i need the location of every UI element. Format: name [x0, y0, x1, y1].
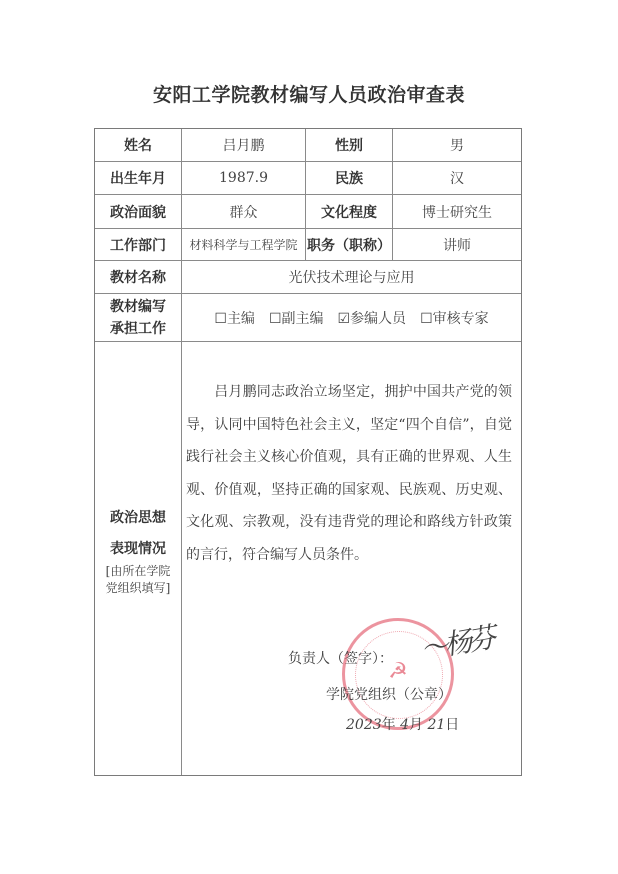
position-value: 讲师 — [393, 229, 521, 260]
political-status-value: 群众 — [182, 195, 305, 228]
review-label-note2: 党组织填写] — [106, 580, 171, 597]
gender-label: 性别 — [306, 129, 392, 161]
review-label-line2: 表现情况 — [110, 535, 166, 563]
review-label-line1: 政治思想 — [110, 501, 166, 535]
checkbox-unchecked-icon: ☐ — [214, 311, 227, 327]
review-label-note1: [由所在学院 — [106, 563, 171, 580]
gender-value: 男 — [393, 129, 521, 161]
page-title: 安阳工学院教材编写人员政治审查表 — [0, 80, 618, 107]
textbook-value: 光伏技术理论与应用 — [182, 261, 521, 293]
education-value: 博士研究生 — [393, 195, 521, 228]
date-year: 2023 — [346, 717, 382, 733]
department-value: 材料科学与工程学院 — [182, 229, 305, 260]
birth-value: 1987.9 — [182, 162, 305, 194]
education-label: 文化程度 — [306, 195, 392, 228]
role-label: 教材编写 承担工作 — [95, 294, 181, 341]
role-label-line1: 教材编写 — [110, 296, 166, 318]
ethnicity-label: 民族 — [306, 162, 392, 194]
signer-label: 负责人（签字）： — [288, 648, 393, 668]
date-month: 4 — [400, 717, 409, 733]
political-status-label: 政治面貌 — [95, 195, 181, 228]
review-label: 政治思想 表现情况 [由所在学院 党组织填写] — [95, 499, 181, 599]
checkbox-unchecked-icon: ☐ — [420, 311, 433, 327]
checkbox-unchecked-icon: ☐ — [269, 311, 282, 327]
review-text: 吕月鹏同志政治立场坚定，拥护中国共产党的领导，认同中国特色社会主义，坚定“四个自… — [186, 376, 512, 571]
textbook-label: 教材名称 — [95, 261, 181, 293]
department-label: 工作部门 — [95, 229, 181, 260]
role-options: ☐主编 ☐副主编 ☑参编人员 ☐审核专家 — [182, 294, 521, 341]
role-option-contributor[interactable]: ☑参编人员 — [338, 308, 407, 328]
role-option-reviewer[interactable]: ☐审核专家 — [420, 308, 489, 328]
role-option-chief-editor[interactable]: ☐主编 — [214, 308, 255, 328]
name-value: 吕月鹏 — [182, 129, 305, 161]
org-seal-label: 学院党组织（公章） — [326, 684, 452, 704]
position-label: 职务（职称） — [306, 229, 392, 260]
role-option-deputy-editor[interactable]: ☐副主编 — [269, 308, 324, 328]
date-day: 21 — [427, 717, 445, 733]
birth-label: 出生年月 — [95, 162, 181, 194]
date: 2023年 4月 21日 — [346, 714, 459, 734]
name-label: 姓名 — [95, 129, 181, 161]
checkbox-checked-icon: ☑ — [338, 311, 351, 327]
ethnicity-value: 汉 — [393, 162, 521, 194]
role-label-line2: 承担工作 — [110, 318, 166, 340]
